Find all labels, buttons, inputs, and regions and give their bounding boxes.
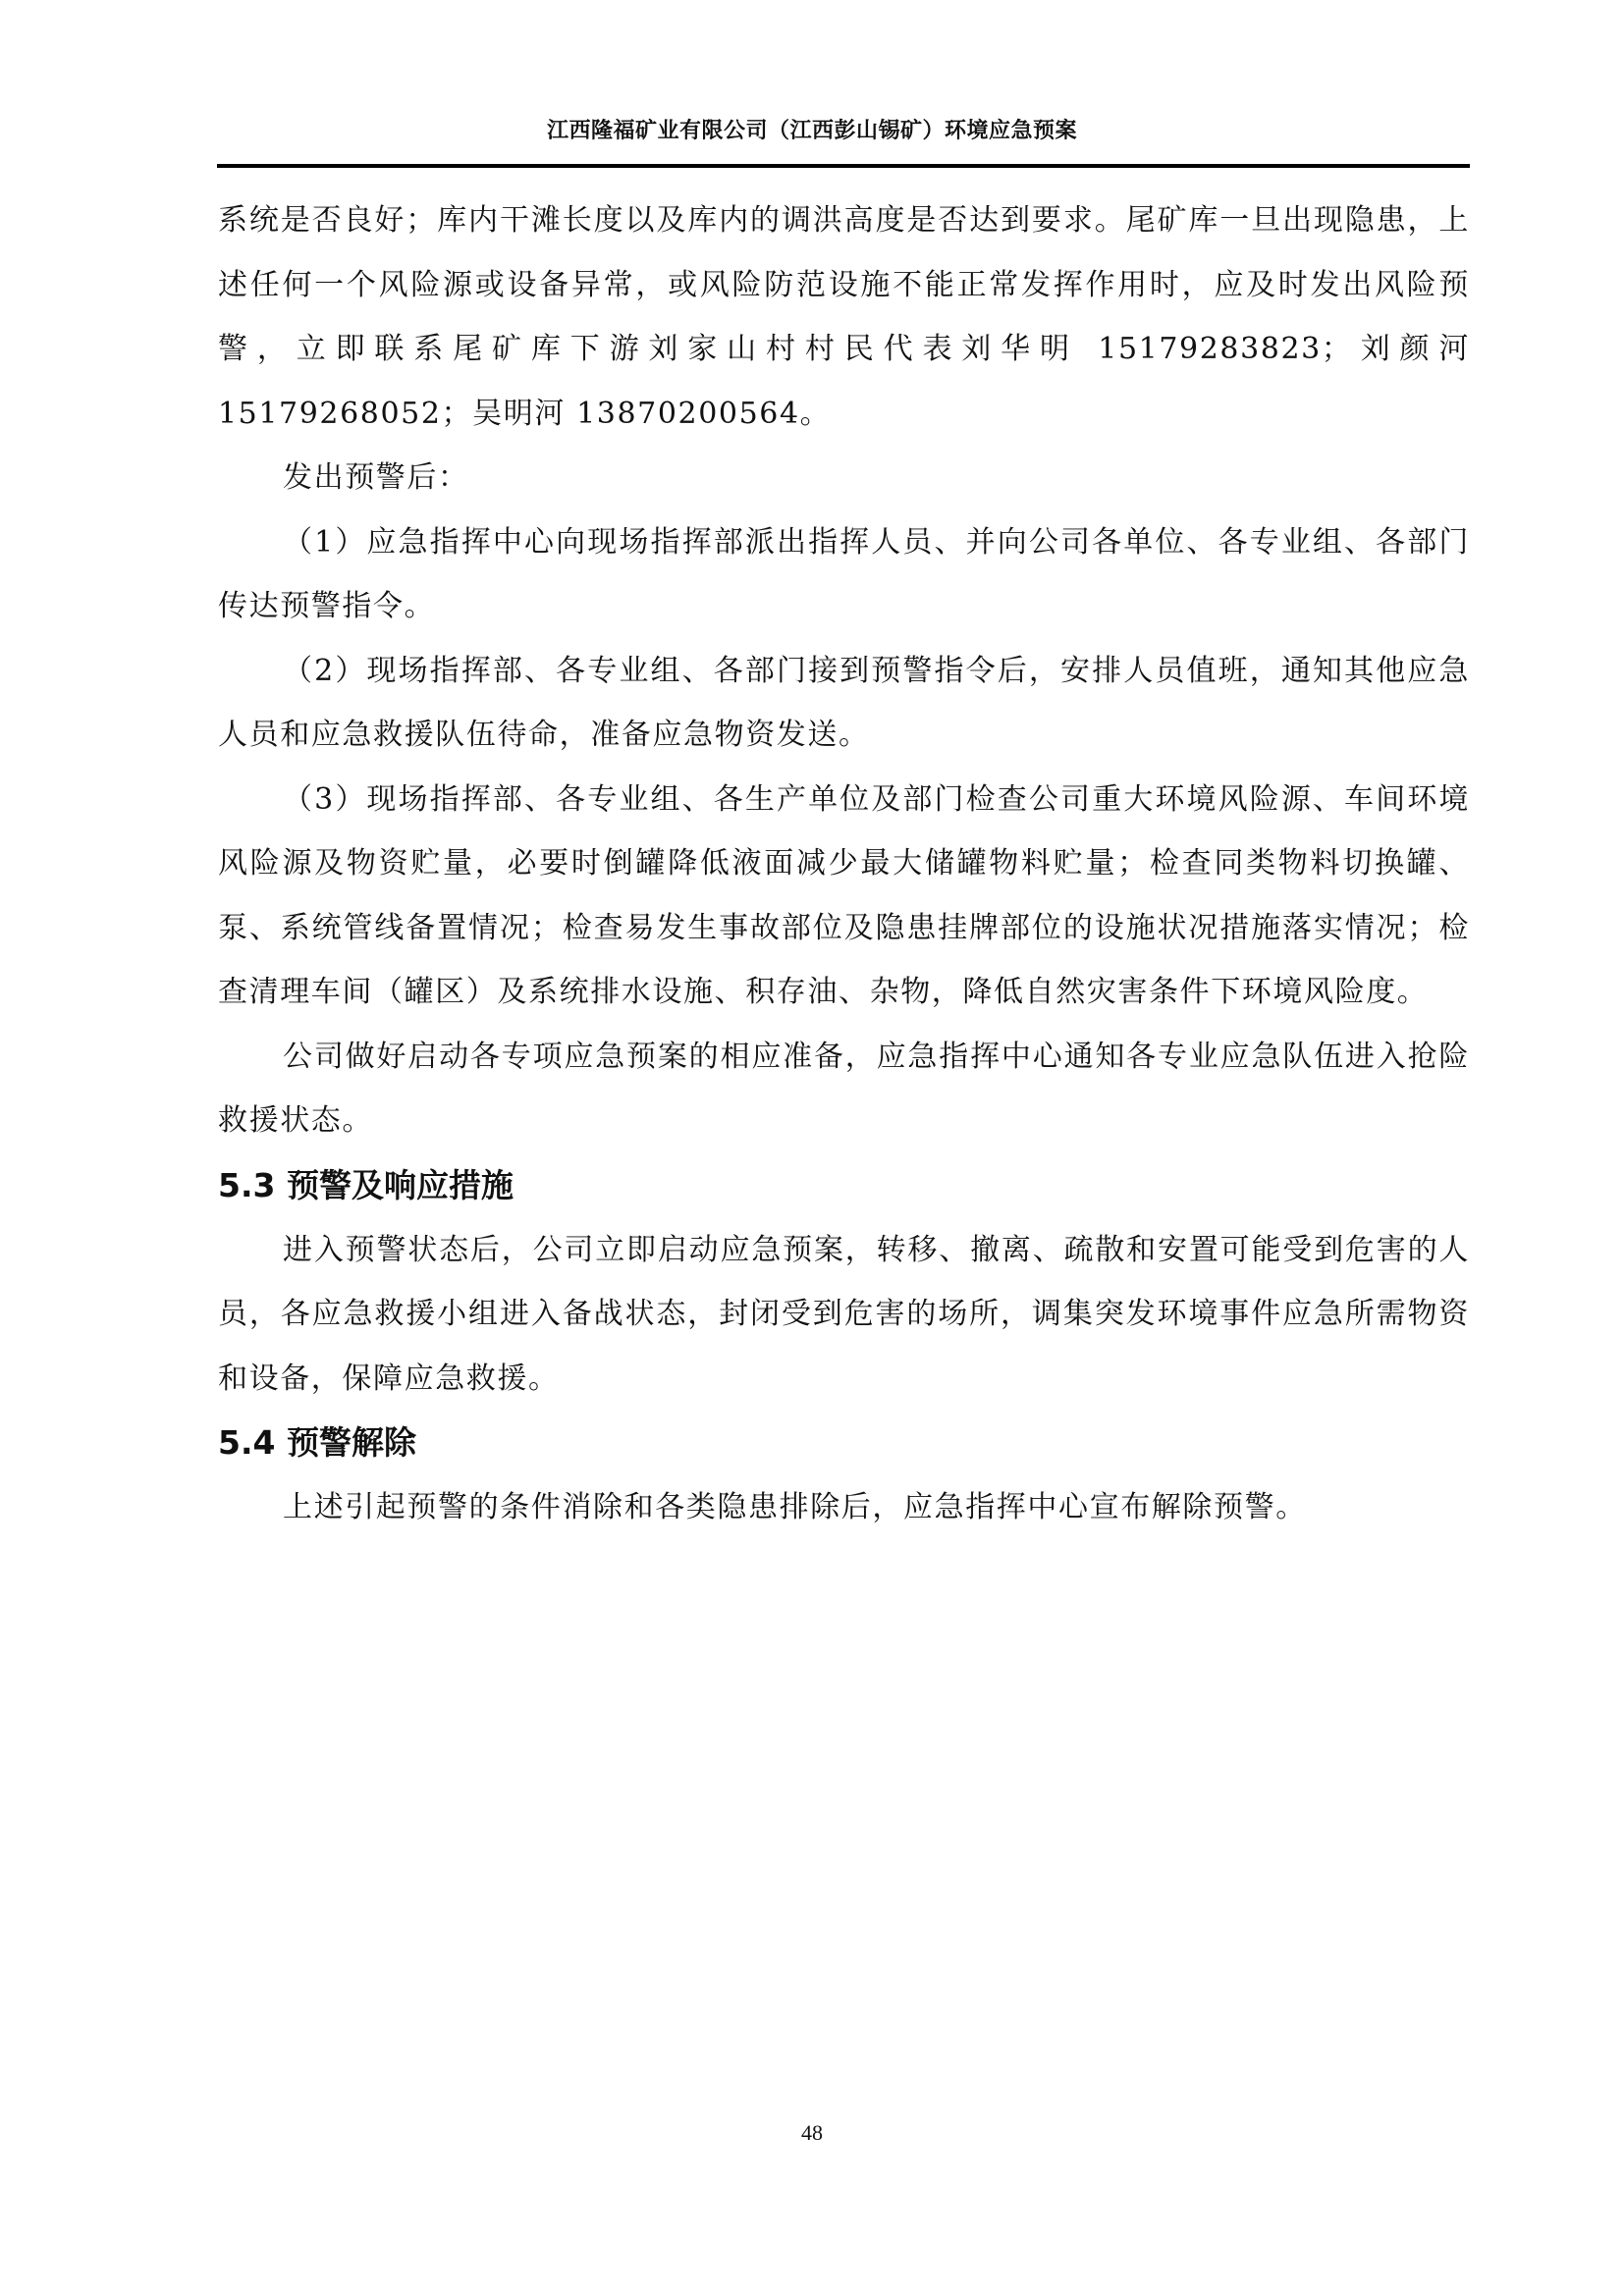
section-heading-5-3: 5.3 预警及响应措施	[218, 1153, 1470, 1218]
section-heading-5-4: 5.4 预警解除	[218, 1411, 1470, 1475]
paragraph-warning-release: 上述引起预警的条件消除和各类隐患排除后，应急指挥中心宣布解除预警。	[218, 1475, 1470, 1540]
paragraph-company-prepare: 公司做好启动各专项应急预案的相应准备，应急指挥中心通知各专业应急队伍进入抢险救援…	[218, 1025, 1470, 1153]
paragraph-warning-contacts: 系统是否良好；库内干滩长度以及库内的调洪高度是否达到要求。尾矿库一旦出现隐患，上…	[218, 188, 1470, 446]
paragraph-step-2: （2）现场指挥部、各专业组、各部门接到预警指令后，安排人员值班，通知其他应急人员…	[218, 639, 1470, 768]
document-body: 系统是否良好；库内干滩长度以及库内的调洪高度是否达到要求。尾矿库一旦出现隐患，上…	[218, 188, 1470, 1540]
header-divider	[217, 164, 1470, 168]
paragraph-step-3: （3）现场指挥部、各专业组、各生产单位及部门检查公司重大环境风险源、车间环境风险…	[218, 768, 1470, 1025]
document-header-title: 江西隆福矿业有限公司（江西彭山锡矿）环境应急预案	[0, 114, 1624, 144]
paragraph-after-warning-intro: 发出预警后：	[218, 446, 1470, 510]
page-number: 48	[0, 2120, 1624, 2146]
paragraph-step-1: （1）应急指挥中心向现场指挥部派出指挥人员、并向公司各单位、各专业组、各部门传达…	[218, 510, 1470, 639]
paragraph-response-measures: 进入预警状态后，公司立即启动应急预案，转移、撤离、疏散和安置可能受到危害的人员，…	[218, 1218, 1470, 1412]
